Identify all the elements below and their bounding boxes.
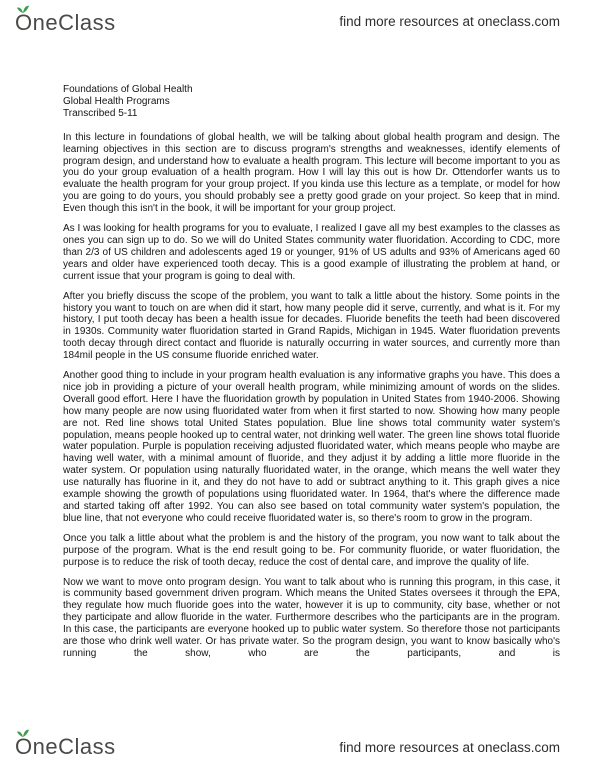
- paragraph: After you briefly discuss the scope of t…: [63, 291, 560, 362]
- document-title: Foundations of Global Health Global Heal…: [63, 84, 560, 120]
- leaf-icon: [16, 4, 30, 13]
- logo-text: neClass: [33, 10, 116, 35]
- document-page: O neClass find more resources at oneclas…: [0, 0, 595, 770]
- leaf-icon: [16, 728, 30, 737]
- logo-letter-o: O: [15, 10, 33, 35]
- title-line-2: Global Health Programs: [63, 96, 560, 108]
- document-body: Foundations of Global Health Global Heal…: [63, 84, 560, 660]
- page-header: O neClass find more resources at oneclas…: [0, 8, 595, 42]
- paragraph: In this lecture in foundations of global…: [63, 132, 560, 215]
- header-tagline: find more resources at oneclass.com: [339, 14, 560, 29]
- footer-tagline: find more resources at oneclass.com: [339, 740, 560, 755]
- logo-letter-o-wrap: O: [15, 734, 33, 760]
- paragraph: Once you talk a little about what the pr…: [63, 533, 560, 569]
- paragraph: As I was looking for health programs for…: [63, 223, 560, 283]
- page-footer: O neClass find more resources at oneclas…: [0, 730, 595, 764]
- title-line-3: Transcribed 5-11: [63, 108, 560, 120]
- oneclass-logo: O neClass: [15, 10, 116, 36]
- logo-text: neClass: [33, 734, 116, 759]
- title-line-1: Foundations of Global Health: [63, 84, 560, 96]
- logo-letter-o-wrap: O: [15, 10, 33, 36]
- oneclass-logo: O neClass: [15, 734, 116, 760]
- paragraph: Now we want to move onto program design.…: [63, 577, 560, 660]
- paragraph: Another good thing to include in your pr…: [63, 370, 560, 525]
- logo-letter-o: O: [15, 734, 33, 759]
